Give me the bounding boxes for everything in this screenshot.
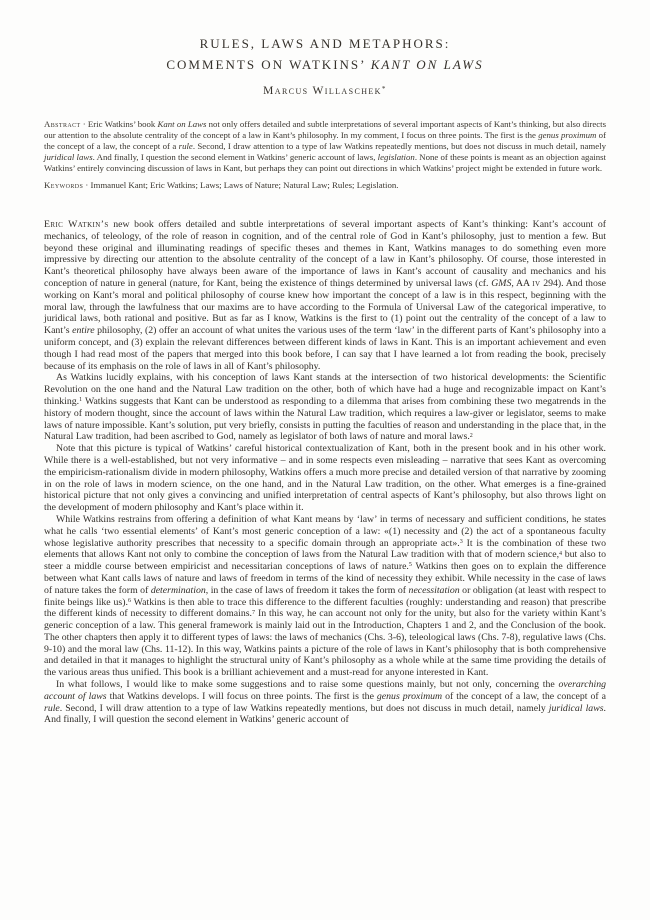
- title-line-2-prefix: COMMENTS ON WATKINS’: [166, 57, 370, 72]
- title-line-1: RULES, LAWS AND METAPHORS:: [44, 33, 606, 54]
- footnote-marker: 5: [409, 562, 412, 568]
- text-run: juridical laws: [44, 152, 93, 162]
- text-run: philosophy, (2) offer an account of what…: [44, 325, 606, 371]
- footnote-marker: 7: [252, 610, 255, 616]
- document-page: RULES, LAWS AND METAPHORS: COMMENTS ON W…: [0, 0, 650, 920]
- text-run: Watkins suggests that Kant can be unders…: [44, 396, 606, 442]
- text-run: necessitation: [409, 585, 460, 596]
- text-run: Eric Watkin’s: [44, 219, 109, 230]
- body-paragraph-2: As Watkins lucidly explains, with his co…: [44, 372, 606, 443]
- text-run: entire: [72, 325, 95, 336]
- text-run: genus proximum: [377, 691, 442, 702]
- text-run: . Second, I will draw attention to a typ…: [60, 703, 549, 714]
- text-run: legislation: [378, 152, 415, 162]
- text-run: , in the case of laws of freedom it take…: [206, 585, 409, 596]
- body-paragraph-1: Eric Watkin’s new book offers detailed a…: [44, 219, 606, 372]
- text-run: In what follows, I would like to make so…: [56, 679, 558, 690]
- footnote-marker: 1: [79, 397, 82, 403]
- article-body: Eric Watkin’s new book offers detailed a…: [44, 219, 606, 726]
- body-paragraph-4: While Watkins restrains from offering a …: [44, 514, 606, 679]
- abstract-paragraph: Abstract · Eric Watkins’ book Kant on La…: [44, 119, 606, 174]
- footnote-marker: 2: [470, 433, 473, 439]
- author-line: Marcus Willaschek*: [44, 85, 606, 97]
- text-run: of the concept of a law, the concept of …: [442, 691, 606, 702]
- footnote-marker: 4: [559, 551, 562, 557]
- text-run: · Immanuel Kant; Eric Watkins; Laws; Law…: [83, 180, 398, 190]
- author-name: Marcus Willaschek: [263, 85, 382, 97]
- front-matter: Abstract · Eric Watkins’ book Kant on La…: [44, 119, 606, 191]
- body-paragraph-3: Note that this picture is typical of Wat…: [44, 443, 606, 514]
- body-paragraph-5: In what follows, I would like to make so…: [44, 679, 606, 726]
- text-run: rule: [179, 141, 193, 151]
- text-run: Abstract: [44, 119, 81, 129]
- text-run: Keywords: [44, 180, 83, 190]
- text-run: rule: [44, 703, 60, 714]
- paper-title: RULES, LAWS AND METAPHORS: COMMENTS ON W…: [44, 33, 606, 75]
- text-run: · Eric Watkins’ book: [81, 119, 158, 129]
- text-run: . And finally, I question the second ele…: [93, 152, 378, 162]
- paper-header: RULES, LAWS AND METAPHORS: COMMENTS ON W…: [44, 33, 606, 97]
- footnote-marker: 3: [460, 539, 463, 545]
- text-run: determination: [151, 585, 206, 596]
- text-run: , AA: [511, 278, 532, 289]
- text-run: genus proximum: [538, 130, 596, 140]
- text-run: juridical laws: [549, 703, 604, 714]
- footnote-marker: 6: [128, 598, 131, 604]
- text-run: GMS: [491, 278, 511, 289]
- text-run: that Watkins develops. I will focus on t…: [107, 691, 377, 702]
- text-run: . Second, I draw attention to a type of …: [193, 141, 606, 151]
- text-run: Note that this picture is typical of Wat…: [44, 443, 606, 513]
- author-footnote-asterisk: *: [382, 85, 387, 93]
- text-run: Kant on Laws: [158, 119, 207, 129]
- title-book-name: KANT ON LAWS: [371, 57, 484, 72]
- keywords-line: Keywords · Immanuel Kant; Eric Watkins; …: [44, 180, 606, 191]
- title-line-2: COMMENTS ON WATKINS’ KANT ON LAWS: [44, 54, 606, 75]
